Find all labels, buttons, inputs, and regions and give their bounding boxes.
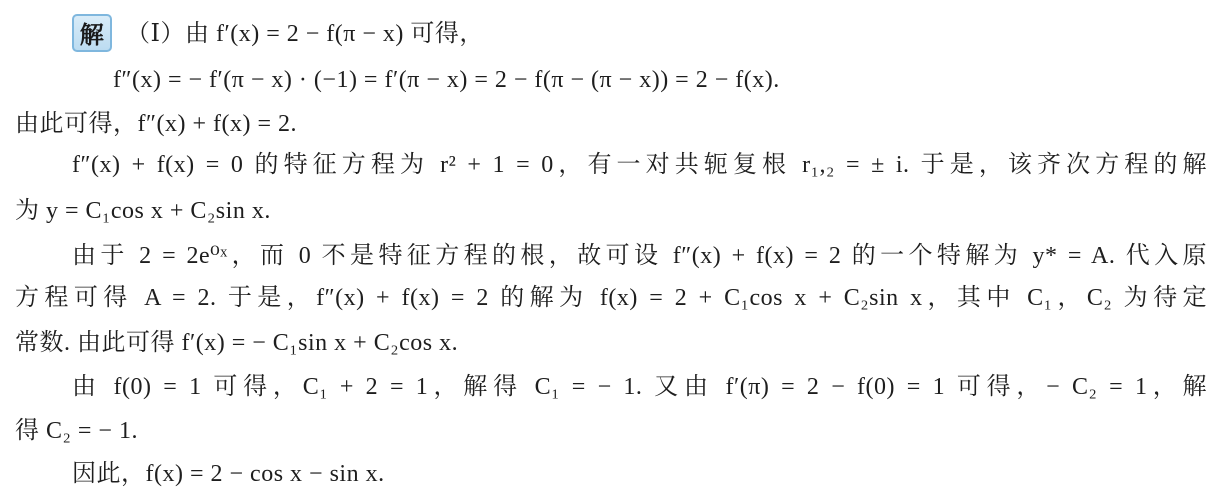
line-text: 由于 2 = 2e⁰ˣ，而 0 不是特征方程的根，故可设 f″(x) + f(x… bbox=[72, 243, 1207, 269]
line-text: 因此，f(x) = 2 − cos x − sin x. bbox=[72, 461, 385, 487]
line-text: f″(x) = − f′(π − x) · (−1) = f′(π − x) =… bbox=[113, 67, 780, 93]
solution-line-2: f″(x) = − f′(π − x) · (−1) = f′(π − x) =… bbox=[113, 58, 780, 102]
line-text: （Ⅰ）由 f′(x) = 2 − f(π − x) 可得， bbox=[126, 21, 484, 47]
solution-line-6: 由于 2 = 2e⁰ˣ，而 0 不是特征方程的根，故可设 f″(x) + f(x… bbox=[72, 234, 1207, 278]
solution-line-7: 方程可得 A = 2. 于是，f″(x) + f(x) = 2 的解为 f(x)… bbox=[15, 276, 1207, 320]
solution-badge: 解 bbox=[72, 14, 112, 52]
solution-line-3: 由此可得，f″(x) + f(x) = 2. bbox=[15, 102, 297, 146]
line-text: 方程可得 A = 2. 于是，f″(x) + f(x) = 2 的解为 f(x)… bbox=[15, 285, 1207, 311]
line-text: 由 f(0) = 1 可得，C₁ + 2 = 1，解得 C₁ = − 1. 又由… bbox=[72, 374, 1207, 400]
solution-line-11: 因此，f(x) = 2 − cos x − sin x. bbox=[72, 452, 385, 496]
line-text: 由此可得，f″(x) + f(x) = 2. bbox=[15, 111, 297, 137]
solution-line-4: f″(x) + f(x) = 0 的特征方程为 r² + 1 = 0，有一对共轭… bbox=[72, 143, 1207, 187]
line-text: 为 y = C₁cos x + C₂sin x. bbox=[15, 198, 271, 224]
solution-line-10: 得 C₂ = − 1. bbox=[15, 409, 138, 453]
solution-line-9: 由 f(0) = 1 可得，C₁ + 2 = 1，解得 C₁ = − 1. 又由… bbox=[72, 365, 1207, 409]
line-text: 常数. 由此可得 f′(x) = − C₁sin x + C₂cos x. bbox=[15, 330, 458, 356]
solution-line-1: 解（Ⅰ）由 f′(x) = 2 − f(π − x) 可得， bbox=[72, 12, 484, 56]
solution-line-8: 常数. 由此可得 f′(x) = − C₁sin x + C₂cos x. bbox=[15, 321, 458, 365]
line-text: 得 C₂ = − 1. bbox=[15, 418, 138, 444]
line-text: f″(x) + f(x) = 0 的特征方程为 r² + 1 = 0，有一对共轭… bbox=[72, 152, 1207, 178]
solution-line-5: 为 y = C₁cos x + C₂sin x. bbox=[15, 189, 271, 233]
